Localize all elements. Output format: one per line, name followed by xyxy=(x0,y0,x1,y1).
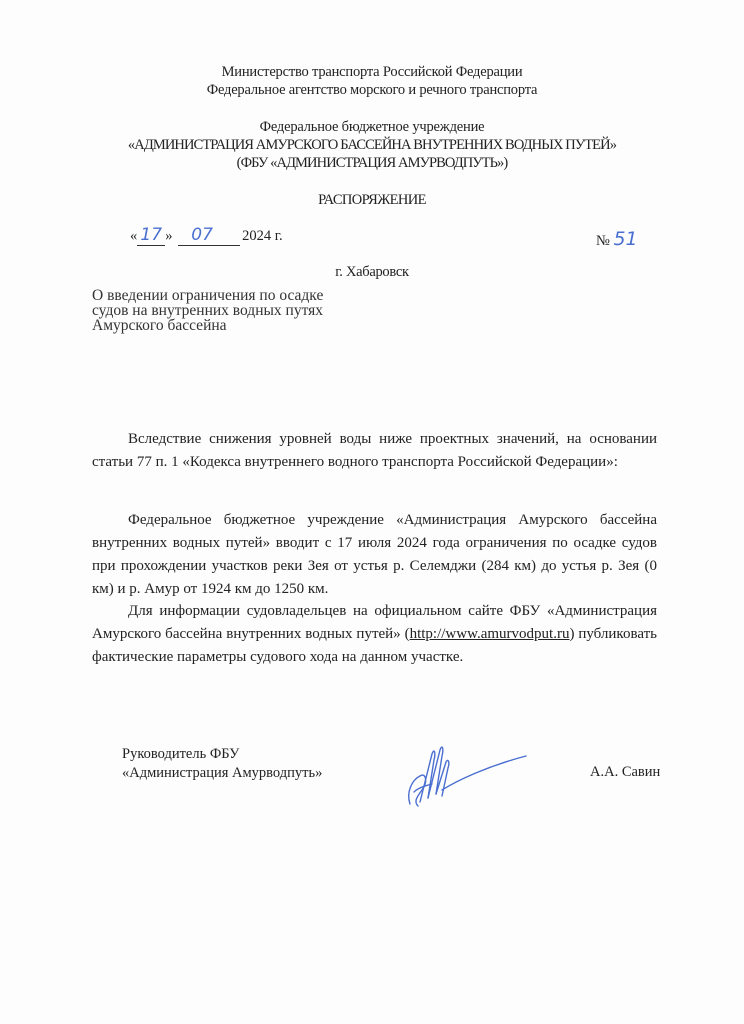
date-day: 17 xyxy=(140,225,162,245)
date-month: 07 xyxy=(191,225,213,245)
subject-line-1: О введении ограничения по осадке xyxy=(92,288,352,303)
paragraph-2-block: Для информации судовладельцев на официал… xyxy=(92,600,657,669)
signatory-position: Руководитель ФБУ «Администрация Амурводп… xyxy=(122,745,322,783)
number-label: № xyxy=(596,233,610,249)
paragraph-1-block: Федеральное бюджетное учреждение «Админи… xyxy=(92,509,657,601)
city: г. Хабаровск xyxy=(0,264,744,281)
document-date: «17» 072024 г. xyxy=(130,228,283,246)
number-value: 51 xyxy=(613,228,637,250)
signatory-name: А.А. Савин xyxy=(590,764,660,781)
subject-line-3: Амурского бассейна xyxy=(92,318,352,333)
handwritten-signature-icon xyxy=(398,732,538,812)
subject-block: О введении ограничения по осадке судов н… xyxy=(92,288,352,333)
paragraph-1-text: Федеральное бюджетное учреждение «Админи… xyxy=(92,509,657,601)
institution-short-name: (ФБУ «АДМИНИСТРАЦИЯ АМУРВОДПУТЬ») xyxy=(0,154,744,172)
date-year: 2024 г. xyxy=(242,228,283,244)
date-month-field: 07 xyxy=(178,228,240,246)
position-line-1: Руководитель ФБУ xyxy=(122,745,322,764)
preamble-block: Вследствие снижения уровней воды ниже пр… xyxy=(92,428,657,474)
date-open-quote: « xyxy=(130,228,137,244)
date-close-quote: » xyxy=(165,228,172,244)
document-type-title: РАСПОРЯЖЕНИЕ xyxy=(0,192,744,209)
document-page: Министерство транспорта Российской Федер… xyxy=(0,0,744,1024)
document-number: № 51 xyxy=(596,228,638,250)
institution-type: Федеральное бюджетное учреждение xyxy=(0,118,744,136)
position-line-2: «Администрация Амурводпуть» xyxy=(122,764,322,783)
ministry-line: Министерство транспорта Российской Федер… xyxy=(0,63,744,81)
institution-name: «АДМИНИСТРАЦИЯ АМУРСКОГО БАССЕЙНА ВНУТРЕ… xyxy=(0,136,744,154)
website-link[interactable]: http://www.amurvodput.ru xyxy=(410,626,570,642)
agency-line: Федеральное агентство морского и речного… xyxy=(0,81,744,99)
preamble-text: Вследствие снижения уровней воды ниже пр… xyxy=(92,428,657,474)
date-day-field: 17 xyxy=(137,228,165,246)
subject-line-2: судов на внутренних водных путях xyxy=(92,303,352,318)
paragraph-2-text: Для информации судовладельцев на официал… xyxy=(92,600,657,669)
